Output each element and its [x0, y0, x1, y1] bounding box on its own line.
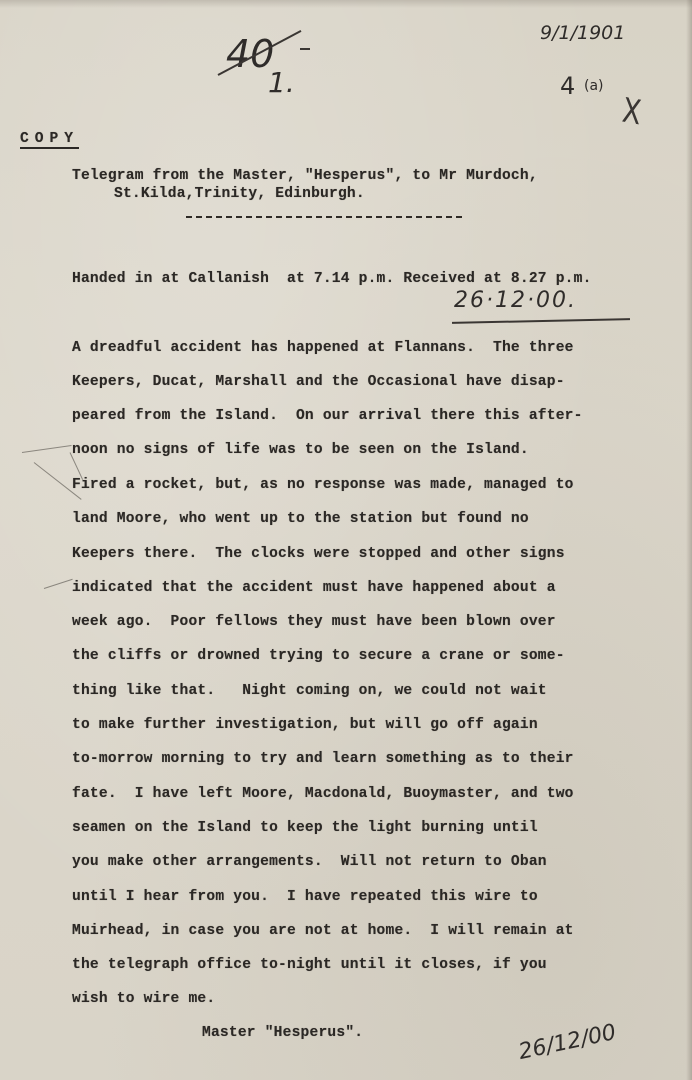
- body-line: Keepers, Ducat, Marshall and the Occasio…: [72, 374, 565, 390]
- handwritten-ref-number: 4: [560, 72, 575, 100]
- body-line: indicated that the accident must have ha…: [72, 580, 556, 596]
- body-line: until I hear from you. I have repeated t…: [72, 889, 538, 905]
- margin-pencil-stroke: [44, 579, 73, 589]
- body-line: the telegraph office to-night until it c…: [72, 957, 547, 973]
- handwritten-underline: [452, 318, 630, 324]
- body-line: the cliffs or drowned trying to secure a…: [72, 648, 565, 664]
- body-line: Muirhead, in case you are not at home. I…: [72, 923, 574, 939]
- body-line: fate. I have left Moore, Macdonald, Buoy…: [72, 786, 574, 802]
- body-line: peared from the Island. On our arrival t…: [72, 408, 583, 424]
- body-line: Fired a rocket, but, as no response was …: [72, 477, 574, 493]
- handwritten-received-date: 26·12·00.: [454, 288, 577, 313]
- handwritten-date-top: 9/1/1901: [540, 22, 625, 44]
- copy-label: COPY: [20, 131, 79, 149]
- handwritten-x-mark: X: [620, 91, 643, 134]
- telegram-heading-line-2: St.Kilda,Trinity, Edinburgh.: [114, 186, 365, 202]
- heading-separator-rule: [186, 216, 462, 218]
- signature: Master "Hesperus".: [202, 1025, 363, 1041]
- telegram-heading-line-1: Telegram from the Master, "Hesperus", to…: [72, 168, 538, 184]
- body-line: thing like that. Night coming on, we cou…: [72, 683, 547, 699]
- body-line: to make further investigation, but will …: [72, 717, 538, 733]
- page-edge-shadow: [686, 0, 692, 1080]
- body-line: wish to wire me.: [72, 991, 215, 1007]
- body-line: A dreadful accident has happened at Flan…: [72, 340, 574, 356]
- handwritten-bottom-date: 26/12/00: [516, 1020, 618, 1065]
- body-line: week ago. Poor fellows they must have be…: [72, 614, 556, 630]
- page-edge-shadow: [0, 0, 692, 8]
- margin-pencil-stroke: [22, 445, 72, 453]
- body-line: seamen on the Island to keep the light b…: [72, 820, 538, 836]
- body-line: you make other arrangements. Will not re…: [72, 854, 547, 870]
- body-line: noon no signs of life was to be seen on …: [72, 442, 529, 458]
- handwritten-folio-sub: 1.: [268, 66, 295, 99]
- scanned-document-page: 40 1. 9/1/1901 4 (a) X COPY Telegram fro…: [0, 0, 692, 1080]
- handwritten-dash: [300, 48, 310, 50]
- handwritten-ref-sub: (a): [584, 78, 604, 94]
- body-line: land Moore, who went up to the station b…: [72, 511, 529, 527]
- handed-in-line: Handed in at Callanish at 7.14 p.m. Rece…: [72, 271, 592, 287]
- body-line: to-morrow morning to try and learn somet…: [72, 751, 574, 767]
- body-line: Keepers there. The clocks were stopped a…: [72, 546, 565, 562]
